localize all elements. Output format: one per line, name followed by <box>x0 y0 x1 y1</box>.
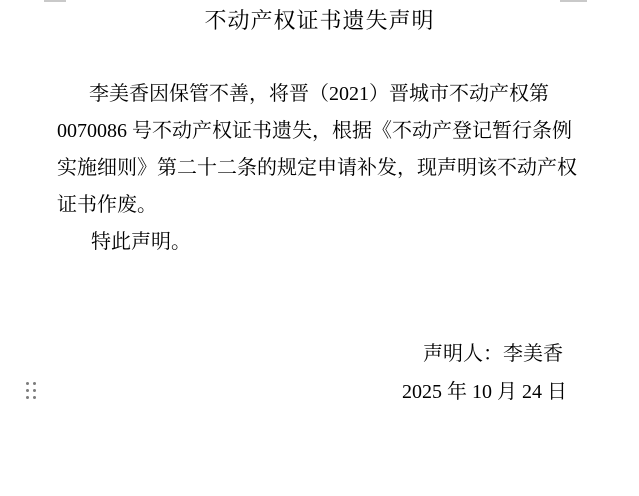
paragraph-line-4[interactable]: 证书作废。 <box>57 187 587 224</box>
drag-handle-icon[interactable] <box>26 382 36 399</box>
declaration-paragraph: 李美香因保管不善，将晋（2021）晋城市不动产权第 0070086 号不动产权证… <box>57 76 587 261</box>
cropped-toolbar-fragment-left <box>44 0 66 2</box>
closing-line[interactable]: 特此声明。 <box>57 224 587 261</box>
paragraph-line-3[interactable]: 实施细则》第二十二条的规定申请补发，现声明该不动产权 <box>57 150 587 187</box>
drag-handle-dot <box>33 382 36 385</box>
drag-handle-dot <box>26 396 29 399</box>
signer-line[interactable]: 声明人：李美香 <box>423 343 563 365</box>
document-title[interactable]: 不动产权证书遗失声明 <box>0 9 639 33</box>
drag-handle-dot <box>26 389 29 392</box>
drag-handle-dot <box>33 396 36 399</box>
date-line[interactable]: 2025 年 10 月 24 日 <box>402 381 567 403</box>
paragraph-line-1[interactable]: 李美香因保管不善，将晋（2021）晋城市不动产权第 <box>57 76 587 113</box>
cropped-toolbar-fragment-right <box>560 0 587 2</box>
paragraph-line-2[interactable]: 0070086 号不动产权证书遗失，根据《不动产登记暂行条例 <box>57 113 587 150</box>
drag-handle-dot <box>33 389 36 392</box>
document-canvas[interactable]: 不动产权证书遗失声明 李美香因保管不善，将晋（2021）晋城市不动产权第 007… <box>0 0 639 496</box>
drag-handle-dot <box>26 382 29 385</box>
